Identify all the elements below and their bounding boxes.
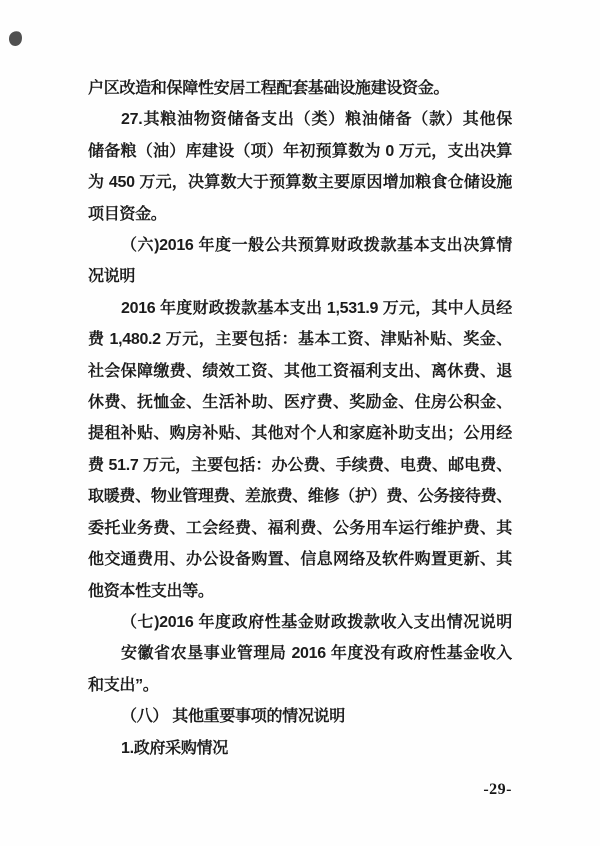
section-heading: （六)2016 年度一般公共预算财政拨款基本支出决算情 — [88, 230, 512, 261]
text-line: 委托业务费、工会经费、福利费、公务用车运行维护费、其 — [88, 513, 512, 544]
text-line: 和支出”。 — [88, 670, 512, 701]
text-line: 提租补贴、购房补贴、其他对个人和家庭补助支出；公用经 — [88, 418, 512, 449]
text-line: 2016 年度财政拨款基本支出 1,531.9 万元，其中人员经 — [88, 293, 512, 324]
scan-smudge-mark — [7, 30, 23, 48]
text-line: 储备粮（油）库建设（项）年初预算数为 0 万元，支出决算 — [88, 136, 512, 167]
text-line: 1.政府采购情况 — [88, 733, 512, 764]
text-line: 为 450 万元，决算数大于预算数主要原因增加粮食仓储设施 — [88, 167, 512, 198]
page-number: -29- — [483, 781, 512, 799]
section-heading-continued: 况说明 — [88, 261, 512, 292]
scanned-document-page: 户区改造和保障性安居工程配套基础设施建设资金。 27.其粮油物资储备支出（类）粮… — [0, 0, 600, 846]
text-line: 户区改造和保障性安居工程配套基础设施建设资金。 — [88, 73, 512, 104]
text-line: 费 51.7 万元，主要包括：办公费、手续费、电费、邮电费、 — [88, 450, 512, 481]
text-line: 安徽省农垦事业管理局 2016 年度没有政府性基金收入 — [88, 638, 512, 669]
section-heading: （八） 其他重要事项的情况说明 — [88, 701, 512, 732]
text-line: 27.其粮油物资储备支出（类）粮油储备（款）其他保 — [88, 104, 512, 135]
document-body: 户区改造和保障性安居工程配套基础设施建设资金。 27.其粮油物资储备支出（类）粮… — [88, 73, 512, 764]
text-line: 费 1,480.2 万元，主要包括：基本工资、津贴补贴、奖金、 — [88, 324, 512, 355]
section-heading: （七)2016 年度政府性基金财政拨款收入支出情况说明 — [88, 607, 512, 638]
text-line: 项目资金。 — [88, 199, 512, 230]
text-line: 他交通费用、办公设备购置、信息网络及软件购置更新、其 — [88, 544, 512, 575]
text-line: 取暖费、物业管理费、差旅费、维修（护）费、公务接待费、 — [88, 481, 512, 512]
text-line: 休费、抚恤金、生活补助、医疗费、奖励金、住房公积金、 — [88, 387, 512, 418]
text-line: 他资本性支出等。 — [88, 576, 512, 607]
text-line: 社会保障缴费、绩效工资、其他工资福利支出、离休费、退 — [88, 356, 512, 387]
